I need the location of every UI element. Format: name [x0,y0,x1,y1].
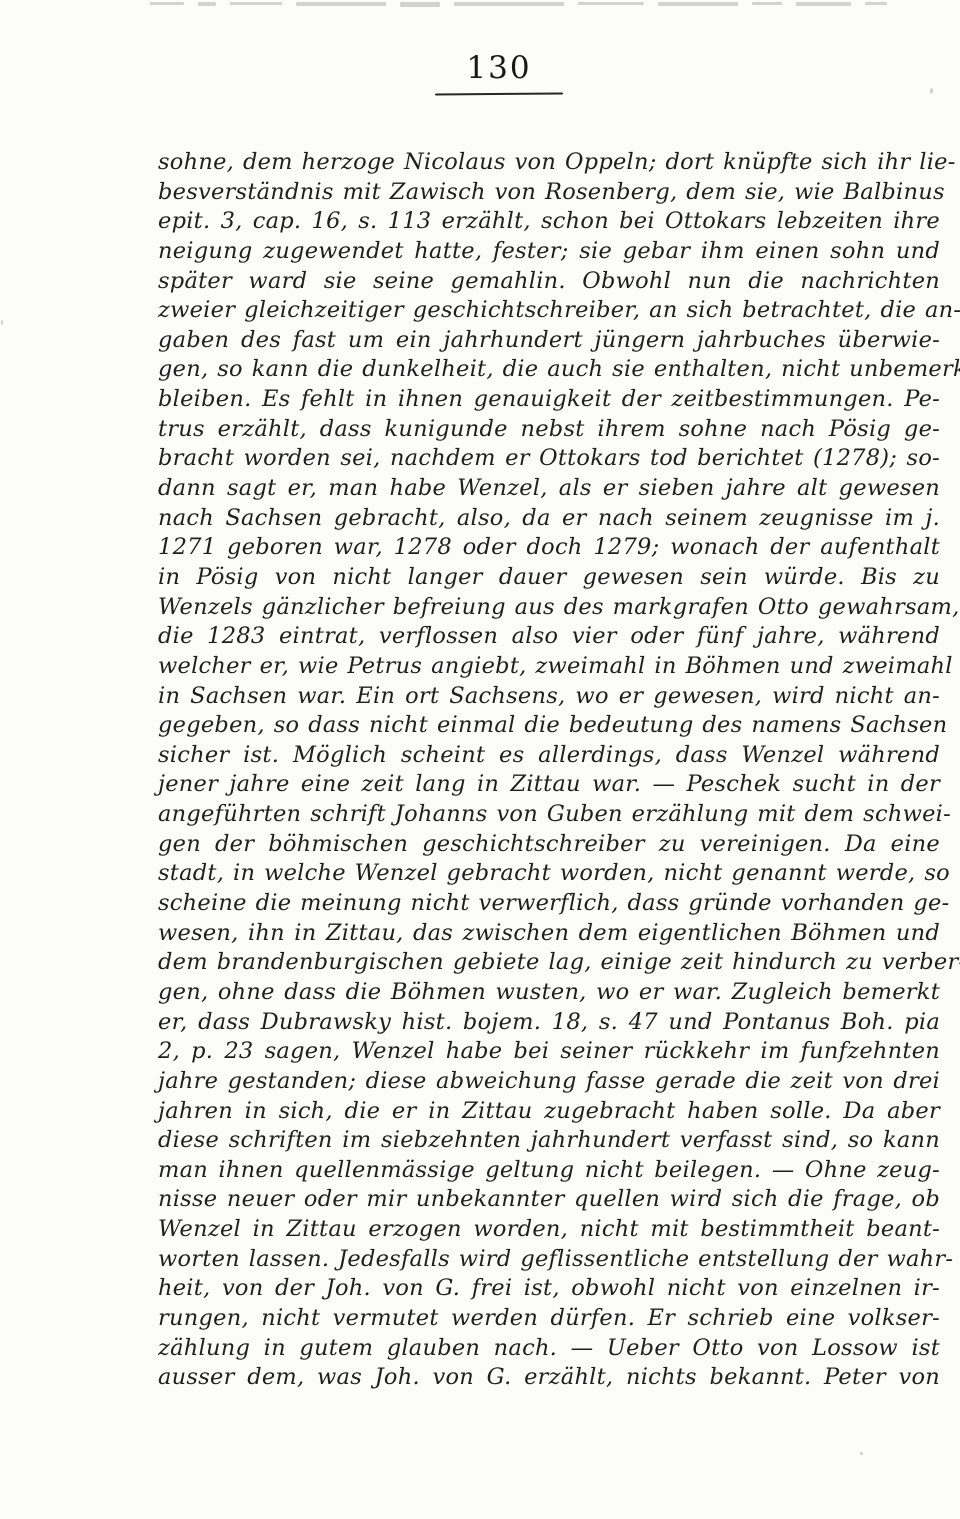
text-line: ausser dem, was Joh. von G. erzählt, nic… [158,1363,940,1393]
scan-artifact [796,2,851,6]
text-line: sicher ist. Möglich scheint es allerding… [158,741,940,771]
text-line: heit, von der Joh. von G. frei ist, obwo… [158,1274,940,1304]
text-line: später ward sie seine gemahlin. Obwohl n… [158,267,940,297]
scan-artifact [198,2,216,6]
text-line: er, dass Dubrawsky hist. bojem. 18, s. 4… [158,1008,940,1038]
scan-artifact [865,2,887,5]
text-block: sohne, dem herzoge Nicolaus von Oppeln; … [158,148,940,1393]
scan-artifact [578,2,644,5]
text-line: gaben des fast um ein jahrhundert jünger… [158,326,940,356]
book-page: 130 sohne, dem herzoge Nicolaus von Oppe… [0,0,960,1519]
text-line: scheine die meinung nicht verwerflich, d… [158,889,940,919]
page-header: 130 [0,50,960,95]
scan-artifact [454,2,564,6]
text-line: zählung in gutem glauben nach. — Ueber O… [158,1334,940,1364]
text-line: besverständnis mit Zawisch von Rosenberg… [158,178,940,208]
scan-artifact-strip [150,2,930,8]
scan-artifact [400,2,440,7]
scan-artifact [150,2,184,5]
text-line: sohne, dem herzoge Nicolaus von Oppeln; … [158,148,940,178]
text-line: Wenzel in Zittau erzogen worden, nicht m… [158,1215,940,1245]
text-line: bracht worden sei, nachdem er Ottokars t… [158,444,940,474]
text-line: in Pösig von nicht langer dauer gewesen … [158,563,940,593]
text-line: bleiben. Es fehlt in ihnen genauigkeit d… [158,385,940,415]
text-line: gen, so kann die dunkelheit, die auch si… [158,355,940,385]
text-line: man ihnen quellenmässige geltung nicht b… [158,1156,940,1186]
text-line: Wenzels gänzlicher befreiung aus des mar… [158,593,940,623]
text-line: diese schriften im siebzehnten jahrhunde… [158,1126,940,1156]
text-line: jener jahre eine zeit lang in Zittau war… [158,770,940,800]
text-line: stadt, in welche Wenzel gebracht worden,… [158,859,940,889]
page-number: 130 [466,50,531,86]
text-line: gen, ohne dass die Böhmen wusten, wo er … [158,978,940,1008]
scan-artifact [658,2,738,6]
text-line: gen der böhmischen geschichtschreiber zu… [158,830,940,860]
text-line: die 1283 eintrat, verflossen also vier o… [158,622,940,652]
text-line: epit. 3, cap. 16, s. 113 erzählt, schon … [158,207,940,237]
text-line: dem brandenburgischen gebiete lag, einig… [158,948,940,978]
text-line: wesen, ihn in Zittau, das zwischen dem e… [158,919,940,949]
text-line: dann sagt er, man habe Wenzel, als er si… [158,474,940,504]
text-line: in Sachsen war. Ein ort Sachsens, wo er … [158,682,940,712]
text-line: rungen, nicht vermutet werden dürfen. Er… [158,1304,940,1334]
text-line: nach Sachsen gebracht, also, da er nach … [158,504,940,534]
text-line: angeführten schrift Johanns von Guben er… [158,800,940,830]
text-line: neigung zugewendet hatte, fester; sie ge… [158,237,940,267]
text-line: jahre gestanden; diese abweichung fasse … [158,1067,940,1097]
scan-speck [860,1452,863,1455]
text-line: welcher er, wie Petrus angiebt, zweimahl… [158,652,940,682]
text-line: gegeben, so dass nicht einmal die bedeut… [158,711,940,741]
text-line: jahren in sich, die er in Zittau zugebra… [158,1097,940,1127]
scan-speck [1,320,3,325]
scan-artifact [230,2,282,5]
scan-artifact [296,2,386,6]
scan-artifact [752,2,782,5]
text-line: 1271 geboren war, 1278 oder doch 1279; w… [158,533,940,563]
text-line: nisse neuer oder mir unbekannter quellen… [158,1185,940,1215]
text-line: trus erzählt, dass kunigunde nebst ihrem… [158,415,940,445]
text-line: 2, p. 23 sagen, Wenzel habe bei seiner r… [158,1037,940,1067]
text-line: worten lassen. Jedesfalls wird geflissen… [158,1245,940,1275]
page-number-rule [435,93,563,96]
text-line: zweier gleichzeitiger geschichtschreiber… [158,296,940,326]
